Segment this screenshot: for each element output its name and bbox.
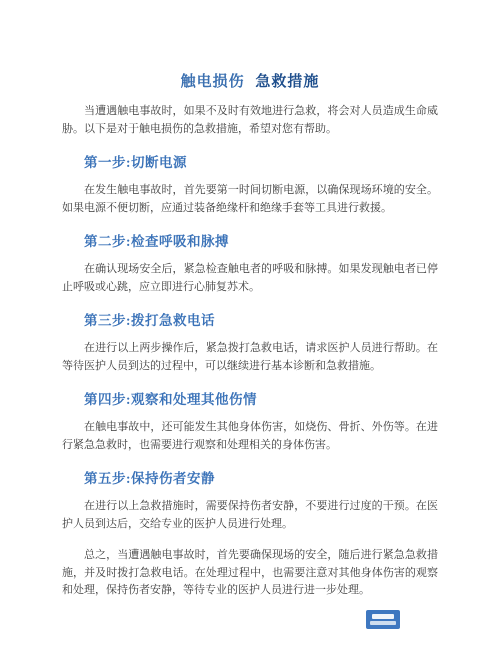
page-title: 触电损伤 急救措施 (62, 70, 438, 91)
watermark-text-bar (370, 621, 396, 625)
step-5-heading: 第五步:保持伤者安静 (62, 467, 438, 487)
step-5-paragraph: 在进行以上急救措施时，需要保持伤者安静，不要进行过度的干预。在医护人员到达后，交… (62, 498, 438, 533)
step-4-paragraph: 在触电事故中，还可能发生其他身体伤害，如烧伤、骨折、外伤等。在进行紧急急救时，也… (62, 419, 438, 454)
step-1-paragraph: 在发生触电事故时，首先要第一时间切断电源，以确保现场环境的安全。如果电源不便切断… (62, 182, 438, 217)
step-3-heading: 第三步:拨打急救电话 (62, 309, 438, 329)
step-2-paragraph: 在确认现场安全后，紧急检查触电者的呼吸和脉搏。如果发现触电者已停止呼吸或心跳，应… (62, 261, 438, 296)
step-4-heading: 第四步:观察和处理其他伤情 (62, 388, 438, 408)
page-title-part1: 触电损伤 (181, 74, 245, 90)
document-page: 触电损伤 急救措施 当遭遇触电事故时，如果不及时有效地进行急救，将会对人员造成生… (0, 0, 500, 647)
step-2-heading: 第二步:检查呼吸和脉搏 (62, 230, 438, 250)
intro-paragraph: 当遭遇触电事故时，如果不及时有效地进行急救，将会对人员造成生命威胁。以下是对于触… (62, 103, 438, 138)
watermark-badge (366, 610, 400, 629)
step-3-paragraph: 在进行以上两步操作后，紧急拨打急救电话，请求医护人员进行帮助。在等待医护人员到达… (62, 340, 438, 375)
conclusion-paragraph: 总之，当遭遇触电事故时，首先要确保现场的安全，随后进行紧急急救措施，并及时拨打急… (62, 547, 438, 600)
page-title-part2: 急救措施 (255, 74, 319, 90)
step-1-heading: 第一步:切断电源 (62, 151, 438, 171)
watermark-text-bar (372, 614, 394, 619)
